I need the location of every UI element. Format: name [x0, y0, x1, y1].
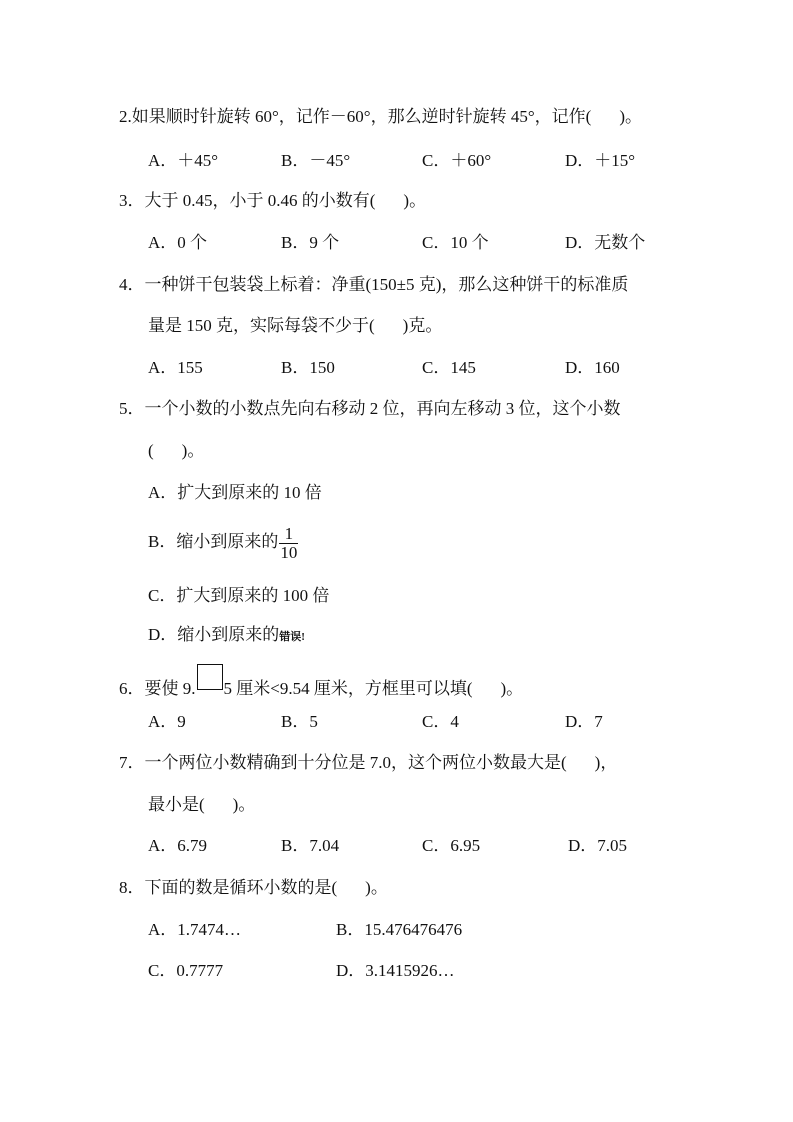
- error-text: 错误!: [279, 631, 305, 643]
- question-6-stem: 6．要使 9.5 厘米<9.54 厘米，方框里可以填()。: [119, 672, 523, 700]
- question-number: 2.: [119, 107, 132, 126]
- question-3-option-d: D．无数个: [565, 232, 645, 254]
- question-7-option-b: B．7.04: [281, 835, 339, 857]
- question-4-stem-line-1: 4．一种饼干包装袋上标着：净重(150±5 克)，那么这种饼干的标准质: [119, 274, 628, 296]
- question-8-option-d: D．3.1415926…: [336, 960, 455, 982]
- fraction-one-tenth: 110: [279, 525, 298, 562]
- question-2-option-b: B．－45°: [281, 150, 350, 172]
- question-7-option-a: A．6.79: [148, 835, 207, 857]
- question-6-option-b: B．5: [281, 711, 318, 733]
- question-3-option-c: C．10 个: [422, 232, 489, 254]
- question-8-option-c: C．0.7777: [148, 960, 223, 982]
- question-5-stem-line-2: ()。: [148, 440, 204, 462]
- question-3-stem: 3．大于 0.45，小于 0.46 的小数有()。: [119, 190, 426, 212]
- question-number: 5．: [119, 399, 145, 418]
- question-number: 3．: [119, 191, 145, 210]
- question-7-stem-line-1: 7．一个两位小数精确到十分位是 7.0，这个两位小数最大是()，: [119, 752, 617, 774]
- question-7-option-d: D．7.05: [568, 835, 627, 857]
- question-4-stem-line-2: 量是 150 克，实际每袋不少于()克。: [148, 315, 442, 337]
- question-5-option-a: A．扩大到原来的 10 倍: [148, 482, 322, 504]
- question-4-option-b: B．150: [281, 357, 335, 379]
- question-6-option-d: D．7: [565, 711, 603, 733]
- question-4-option-c: C．145: [422, 357, 476, 379]
- question-6-option-a: A．9: [148, 711, 186, 733]
- question-2-option-c: C．＋60°: [422, 150, 491, 172]
- question-4-option-a: A．155: [148, 357, 203, 379]
- question-5-option-c: C．扩大到原来的 100 倍: [148, 585, 329, 607]
- question-2-stem: 2.如果顺时针旋转 60°，记作－60°，那么逆时针旋转 45°，记作()。: [119, 106, 642, 128]
- question-2-option-a: A．＋45°: [148, 150, 218, 172]
- question-2-option-d: D．＋15°: [565, 150, 635, 172]
- question-8-option-a: A．1.7474…: [148, 919, 241, 941]
- question-8-stem: 8．下面的数是循环小数的是()。: [119, 877, 388, 899]
- question-3-option-b: B．9 个: [281, 232, 339, 254]
- fill-in-box: [197, 664, 223, 690]
- question-5-option-b: B．缩小到原来的110: [148, 522, 298, 562]
- question-number: 7．: [119, 753, 145, 772]
- question-7-stem-line-2: 最小是()。: [148, 794, 255, 816]
- question-6-option-c: C．4: [422, 711, 459, 733]
- question-8-option-b: B．15.476476476: [336, 919, 462, 941]
- question-5-stem-line-1: 5．一个小数的小数点先向右移动 2 位，再向左移动 3 位，这个小数: [119, 398, 621, 420]
- question-5-option-d: D．缩小到原来的错误!: [148, 624, 305, 648]
- question-number: 6．: [119, 679, 145, 698]
- question-number: 4．: [119, 275, 145, 294]
- question-7-option-c: C．6.95: [422, 835, 480, 857]
- question-4-option-d: D．160: [565, 357, 620, 379]
- question-3-option-a: A．0 个: [148, 232, 207, 254]
- question-number: 8．: [119, 878, 145, 897]
